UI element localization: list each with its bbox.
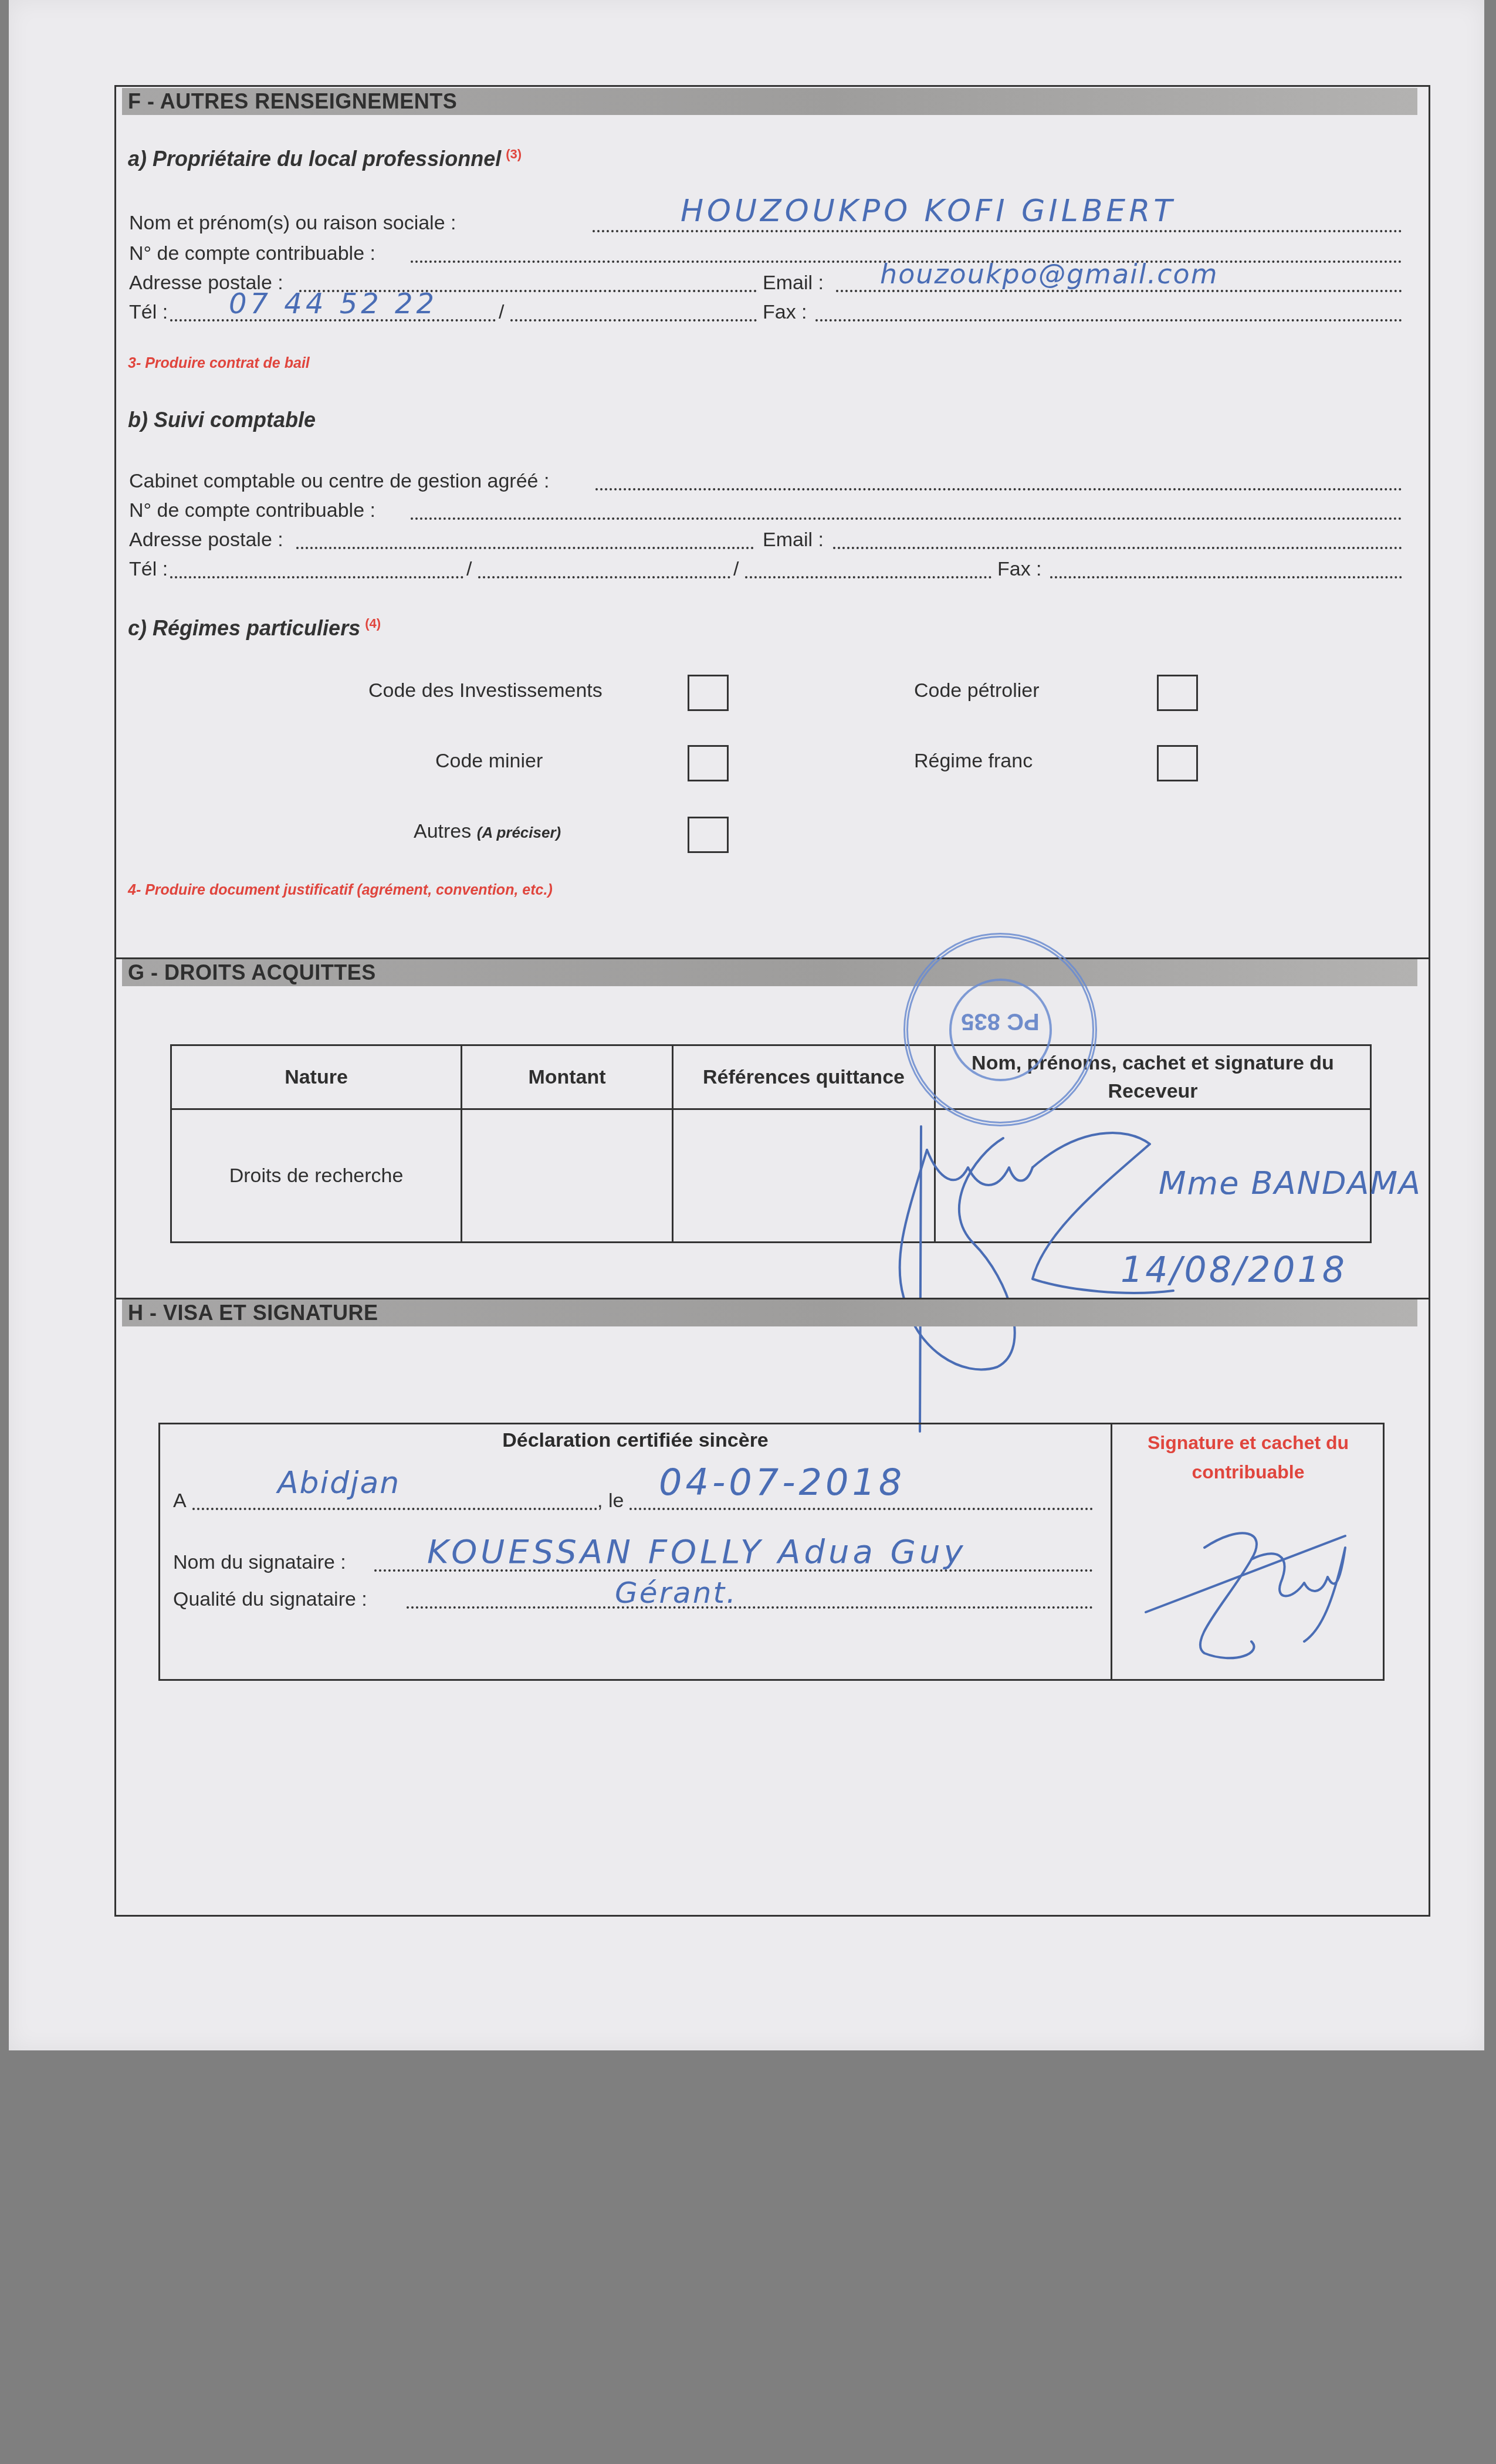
- checkbox-code-investissements[interactable]: [688, 675, 729, 711]
- accounting-fax-label: Fax :: [997, 557, 1042, 581]
- accounting-phone3-field[interactable]: [745, 576, 991, 578]
- accounting-phone-field[interactable]: [170, 576, 463, 578]
- checkbox-autres[interactable]: [688, 817, 729, 853]
- footnote-3: 3- Produire contrat de bail: [128, 355, 310, 372]
- accounting-email-label: Email :: [763, 528, 824, 551]
- checkbox-code-petrolier[interactable]: [1157, 675, 1198, 711]
- date-field[interactable]: [629, 1508, 1093, 1510]
- cell-montant[interactable]: [462, 1109, 673, 1243]
- accounting-account-field[interactable]: [411, 517, 1402, 520]
- checkbox-regime-franc[interactable]: [1157, 745, 1198, 781]
- receveur-date-annotation: 14/08/2018: [1121, 1250, 1347, 1291]
- accounting-address-field[interactable]: [296, 547, 754, 549]
- subsection-b-title: b) Suivi comptable: [128, 408, 316, 432]
- signatory-quality-value: Gérant.: [615, 1576, 737, 1610]
- col-nature: Nature: [171, 1045, 462, 1109]
- signatory-name-label: Nom du signataire :: [173, 1551, 346, 1574]
- col-references: Références quittance: [673, 1045, 935, 1109]
- place-field[interactable]: [192, 1508, 597, 1510]
- phone-separator: /: [499, 300, 504, 324]
- owner-name-label: Nom et prénom(s) ou raison sociale :: [129, 211, 456, 235]
- subsection-c-title: c) Régimes particuliers(4): [128, 616, 381, 641]
- owner-phone-label: Tél :: [129, 300, 168, 324]
- cabinet-field[interactable]: [595, 488, 1402, 490]
- phone-separator: /: [466, 557, 472, 581]
- cell-nature: Droits de recherche: [171, 1109, 462, 1243]
- declaration-title: Déclaration certifiée sincère: [160, 1429, 1111, 1452]
- date-label: , le: [597, 1489, 624, 1512]
- signatory-name-value: KOUESSAN FOLLY Adua Guy: [427, 1533, 967, 1571]
- contribuable-signature: [1134, 1512, 1369, 1665]
- owner-fax-label: Fax :: [763, 300, 807, 324]
- subsection-a-label: a) Propriétaire du local professionnel: [128, 147, 501, 171]
- cabinet-label: Cabinet comptable ou centre de gestion a…: [129, 469, 549, 493]
- owner-email-label: Email :: [763, 271, 824, 295]
- owner-name-field[interactable]: [593, 230, 1402, 232]
- place-value: Abidjan: [277, 1465, 400, 1501]
- stamp-code: PC 835: [908, 1008, 1092, 1034]
- receveur-name-annotation: Mme BANDAMA: [1159, 1165, 1421, 1201]
- section-g-header: G - DROITS ACQUITTES: [122, 959, 1417, 986]
- owner-account-label: N° de compte contribuable :: [129, 242, 375, 265]
- phone-separator: /: [733, 557, 739, 581]
- owner-email-value: houzoukpo@gmail.com: [880, 258, 1219, 290]
- accounting-address-label: Adresse postale :: [129, 528, 283, 551]
- accounting-fax-field[interactable]: [1050, 576, 1402, 578]
- place-label: A: [173, 1489, 187, 1512]
- contribuable-signature-title: Signature et cachet du contribuable: [1112, 1428, 1385, 1487]
- official-stamp: PC 835: [903, 933, 1097, 1126]
- section-h-header: H - VISA ET SIGNATURE: [122, 1299, 1417, 1326]
- option-regime-franc-label: Régime franc: [914, 750, 1033, 773]
- declaration-box: Déclaration certifiée sincère Signature …: [158, 1423, 1385, 1681]
- signatory-quality-label: Qualité du signataire :: [173, 1588, 367, 1611]
- checkbox-code-minier[interactable]: [688, 745, 729, 781]
- accounting-phone2-field[interactable]: [478, 576, 730, 578]
- subsection-a-title: a) Propriétaire du local professionnel(3…: [128, 147, 522, 171]
- signatory-quality-field[interactable]: [407, 1606, 1093, 1609]
- option-autres-hint: (A préciser): [477, 824, 561, 841]
- option-code-minier-label: Code minier: [435, 750, 543, 773]
- footnote-ref-3: (3): [506, 147, 522, 161]
- option-autres-text: Autres: [414, 820, 471, 842]
- owner-fax-field[interactable]: [815, 319, 1402, 321]
- section-f-header: F - AUTRES RENSEIGNEMENTS: [122, 88, 1417, 115]
- accounting-account-label: N° de compte contribuable :: [129, 499, 375, 522]
- owner-email-field[interactable]: [836, 290, 1402, 292]
- table-header-row: Nature Montant Références quittance Nom,…: [171, 1045, 1371, 1109]
- col-montant: Montant: [462, 1045, 673, 1109]
- owner-phone2-field[interactable]: [510, 319, 757, 321]
- owner-phone-value: 07 44 52 22: [229, 287, 438, 320]
- option-code-petrolier-label: Code pétrolier: [914, 679, 1040, 702]
- accounting-email-field[interactable]: [833, 547, 1402, 549]
- footnote-ref-4: (4): [365, 616, 381, 631]
- option-code-investissements-label: Code des Investissements: [368, 679, 603, 702]
- option-autres-label: Autres (A préciser): [414, 820, 561, 843]
- owner-name-value: HOUZOUKPO KOFI GILBERT: [681, 194, 1176, 229]
- accounting-phone-label: Tél :: [129, 557, 168, 581]
- footnote-4: 4- Produire document justificatif (agrém…: [128, 882, 553, 899]
- subsection-c-label: c) Régimes particuliers: [128, 616, 360, 640]
- date-value: 04-07-2018: [659, 1461, 905, 1504]
